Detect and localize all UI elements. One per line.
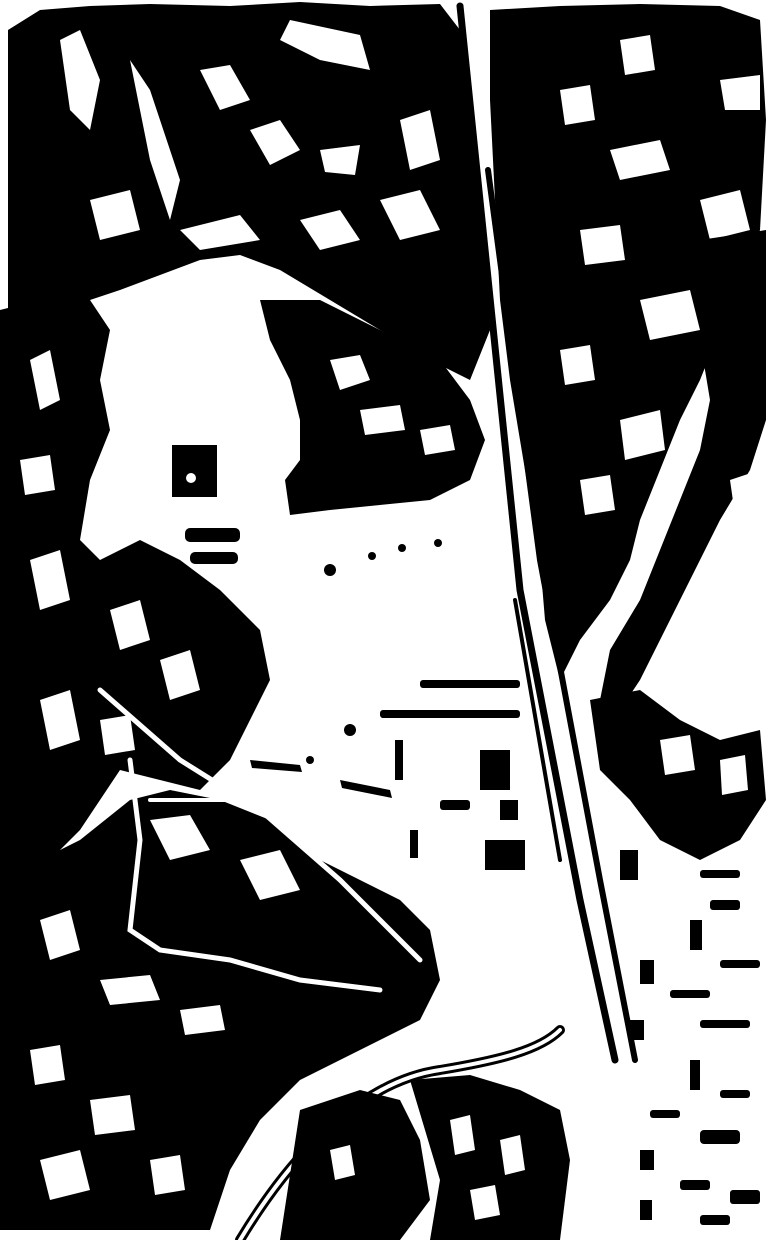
aerial-map (0, 0, 768, 1240)
